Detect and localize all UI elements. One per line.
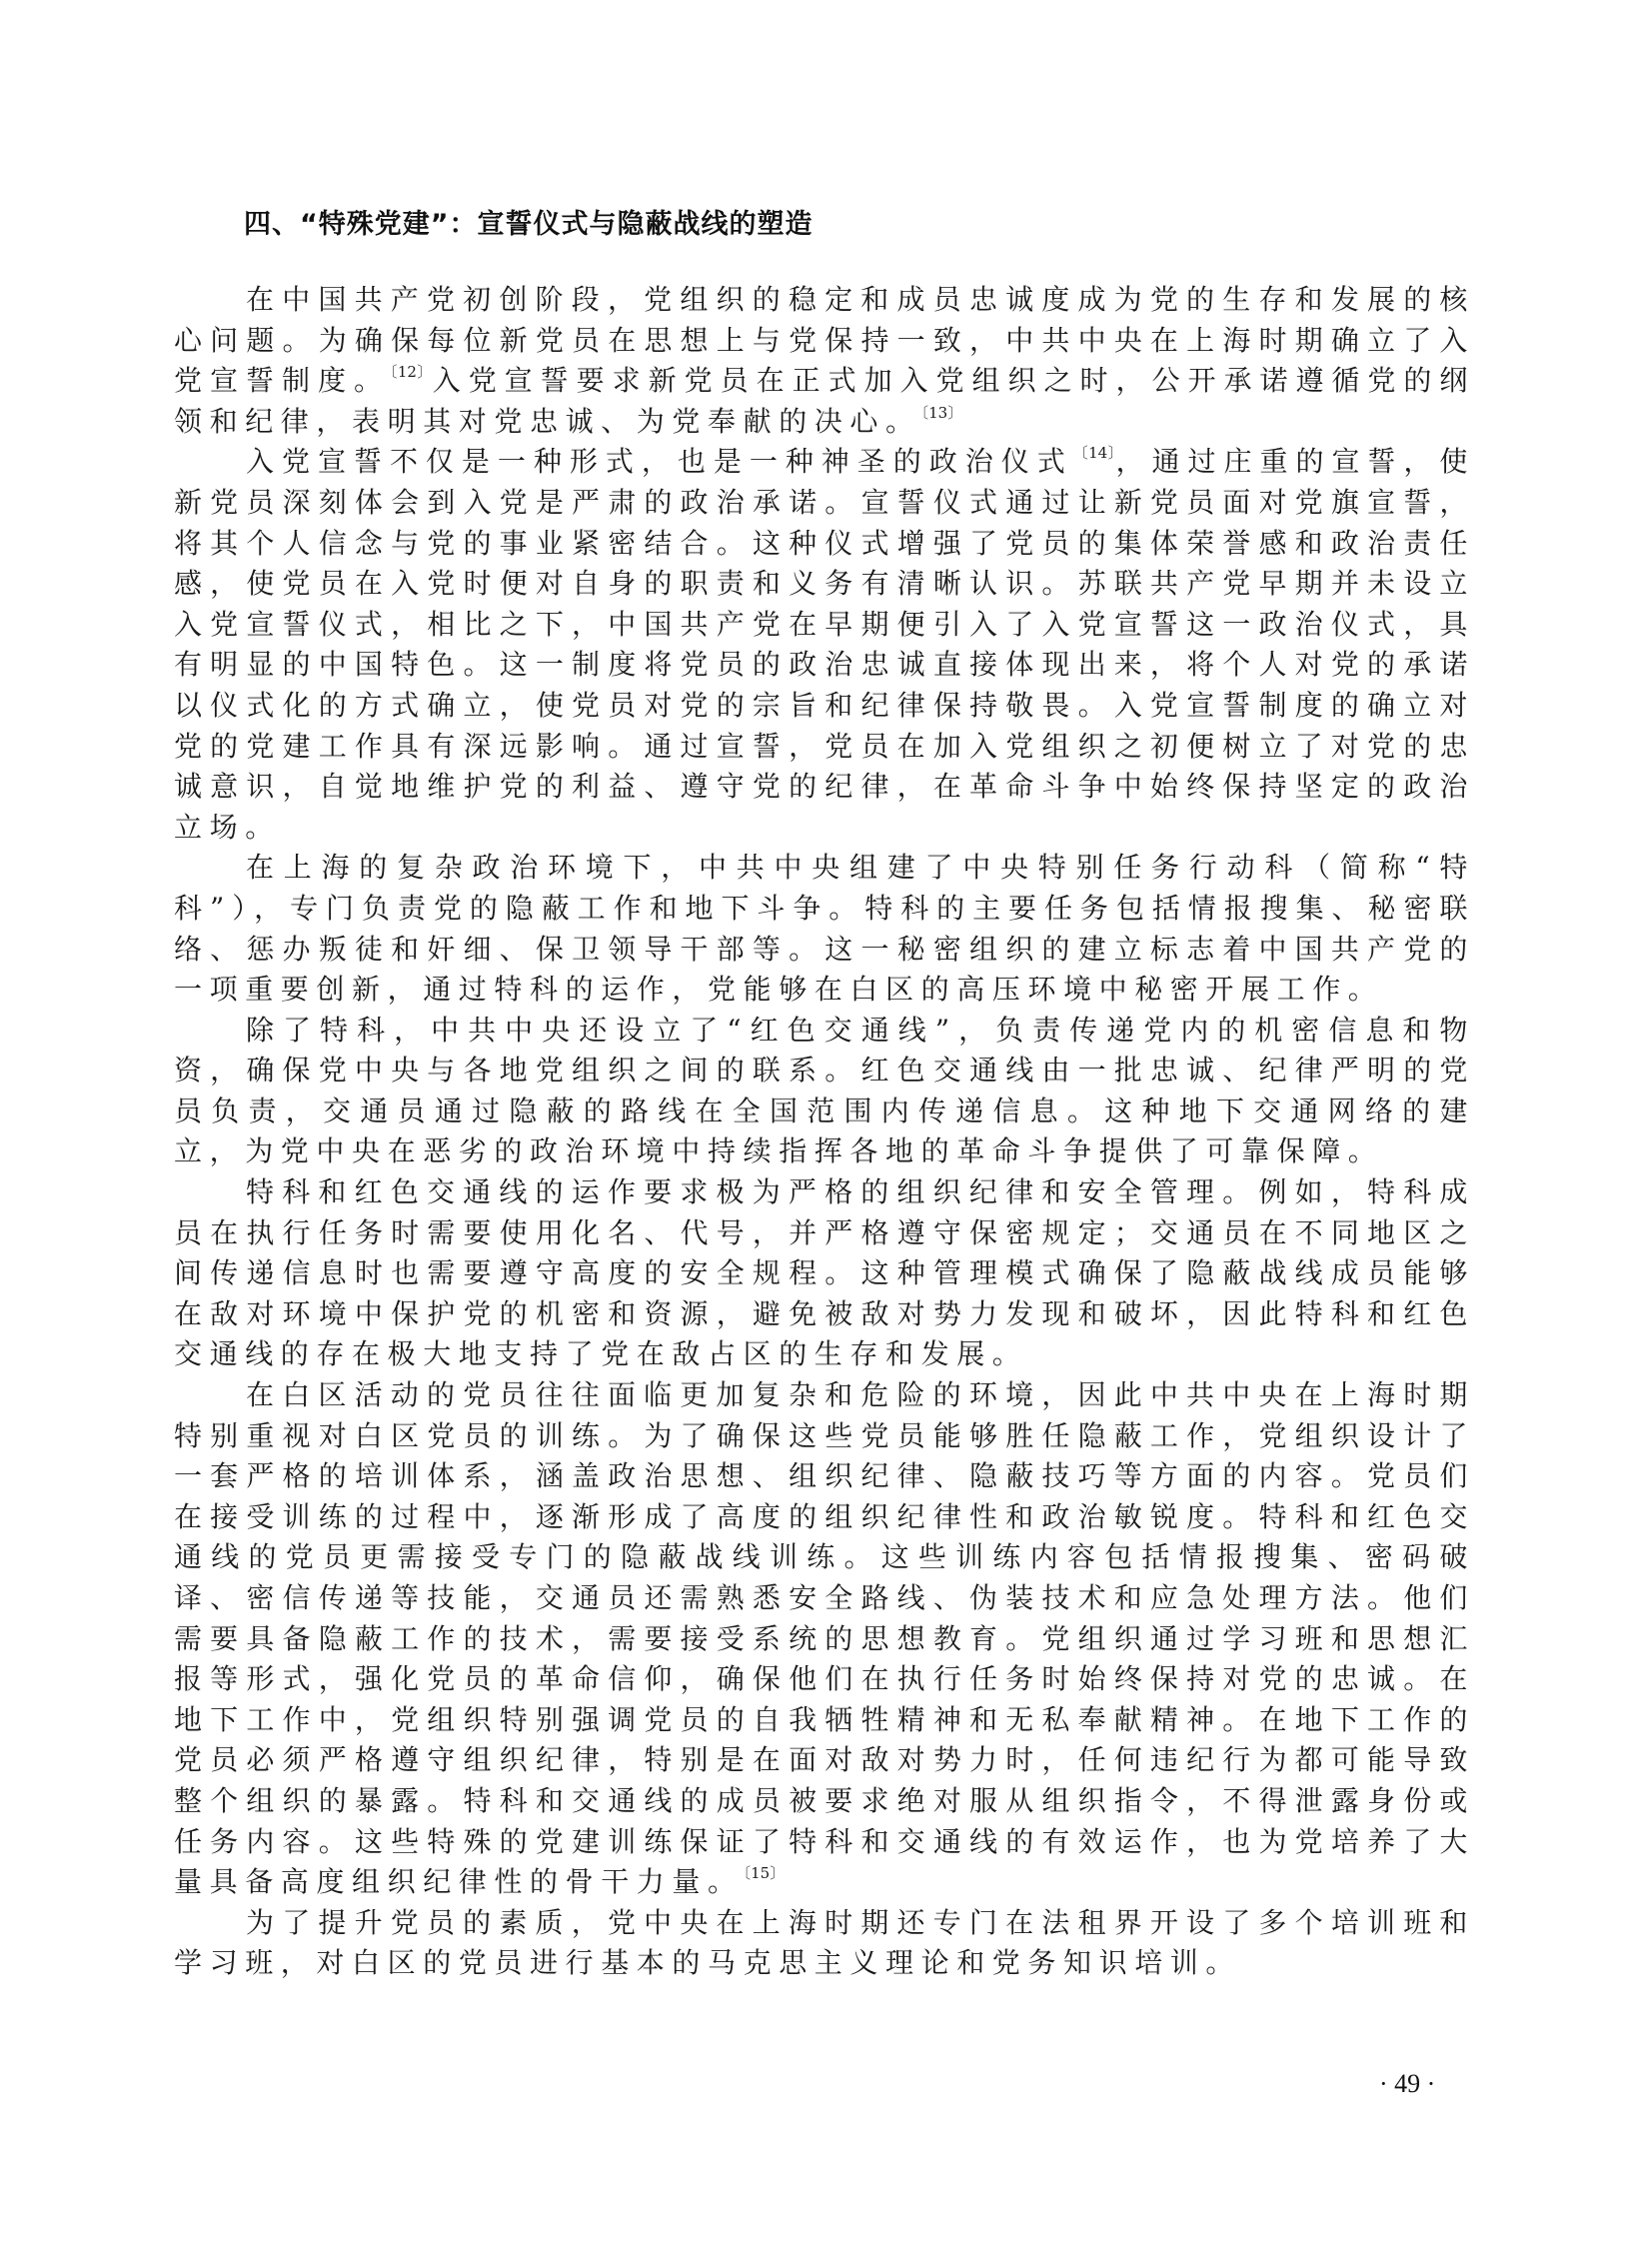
paragraph: 除了特科，中共中央还设立了“红色交通线”，负责传递党内的机密信息和物资，确保党中… <box>174 1011 1475 1172</box>
paragraph: 在白区活动的党员往往面临更加复杂和危险的环境，因此中共中央在上海时期特别重视对白… <box>174 1375 1475 1903</box>
paragraph-text: 在白区活动的党员往往面临更加复杂和危险的环境，因此中共中央在上海时期特别重视对白… <box>174 1378 1475 1898</box>
section-heading: 四、“特殊党建”：宣誓仪式与隐蔽战线的塑造 <box>174 205 1475 245</box>
paragraph: 在上海的复杂政治环境下，中共中央组建了中央特别任务行动科（简称“特科”），专门负… <box>174 848 1475 1010</box>
footnote-ref[interactable]: 〔12〕 <box>390 363 433 381</box>
paragraph: 在中国共产党初创阶段，党组织的稳定和成员忠诚度成为党的生存和发展的核心问题。为确… <box>174 280 1475 442</box>
paragraph: 入党宣誓不仅是一种形式，也是一种神圣的政治仪式〔14〕，通过庄重的宣誓，使新党员… <box>174 442 1475 848</box>
footnote-ref[interactable]: 〔15〕 <box>744 1864 786 1882</box>
paragraph: 特科和红色交通线的运作要求极为严格的组织纪律和安全管理。例如，特科成员在执行任务… <box>174 1172 1475 1375</box>
paragraph-text: 除了特科，中共中央还设立了“红色交通线”，负责传递党内的机密信息和物资，确保党中… <box>174 1014 1475 1168</box>
paragraph-text: 入党宣誓不仅是一种形式，也是一种神圣的政治仪式 <box>246 445 1073 478</box>
document-page: 四、“特殊党建”：宣誓仪式与隐蔽战线的塑造 在中国共产党初创阶段，党组织的稳定和… <box>174 205 1475 1984</box>
paragraph-text: ，通过庄重的宣誓，使新党员深刻体会到入党是严肃的政治承诺。宣誓仪式通过让新党员面… <box>174 445 1475 843</box>
paragraph-text: 特科和红色交通线的运作要求极为严格的组织纪律和安全管理。例如，特科成员在执行任务… <box>174 1175 1475 1370</box>
paragraph-text: 为了提升党员的素质，党中央在上海时期还专门在法租界开设了多个培训班和学习班，对白… <box>174 1906 1475 1980</box>
footnote-ref[interactable]: 〔14〕 <box>1073 444 1116 462</box>
footnote-ref[interactable]: 〔13〕 <box>921 404 963 422</box>
paragraph: 为了提升党员的素质，党中央在上海时期还专门在法租界开设了多个培训班和学习班，对白… <box>174 1903 1475 1984</box>
page-number: · 49 · <box>1379 2069 1435 2099</box>
paragraph-text: 在上海的复杂政治环境下，中共中央组建了中央特别任务行动科（简称“特科”），专门负… <box>174 851 1475 1006</box>
